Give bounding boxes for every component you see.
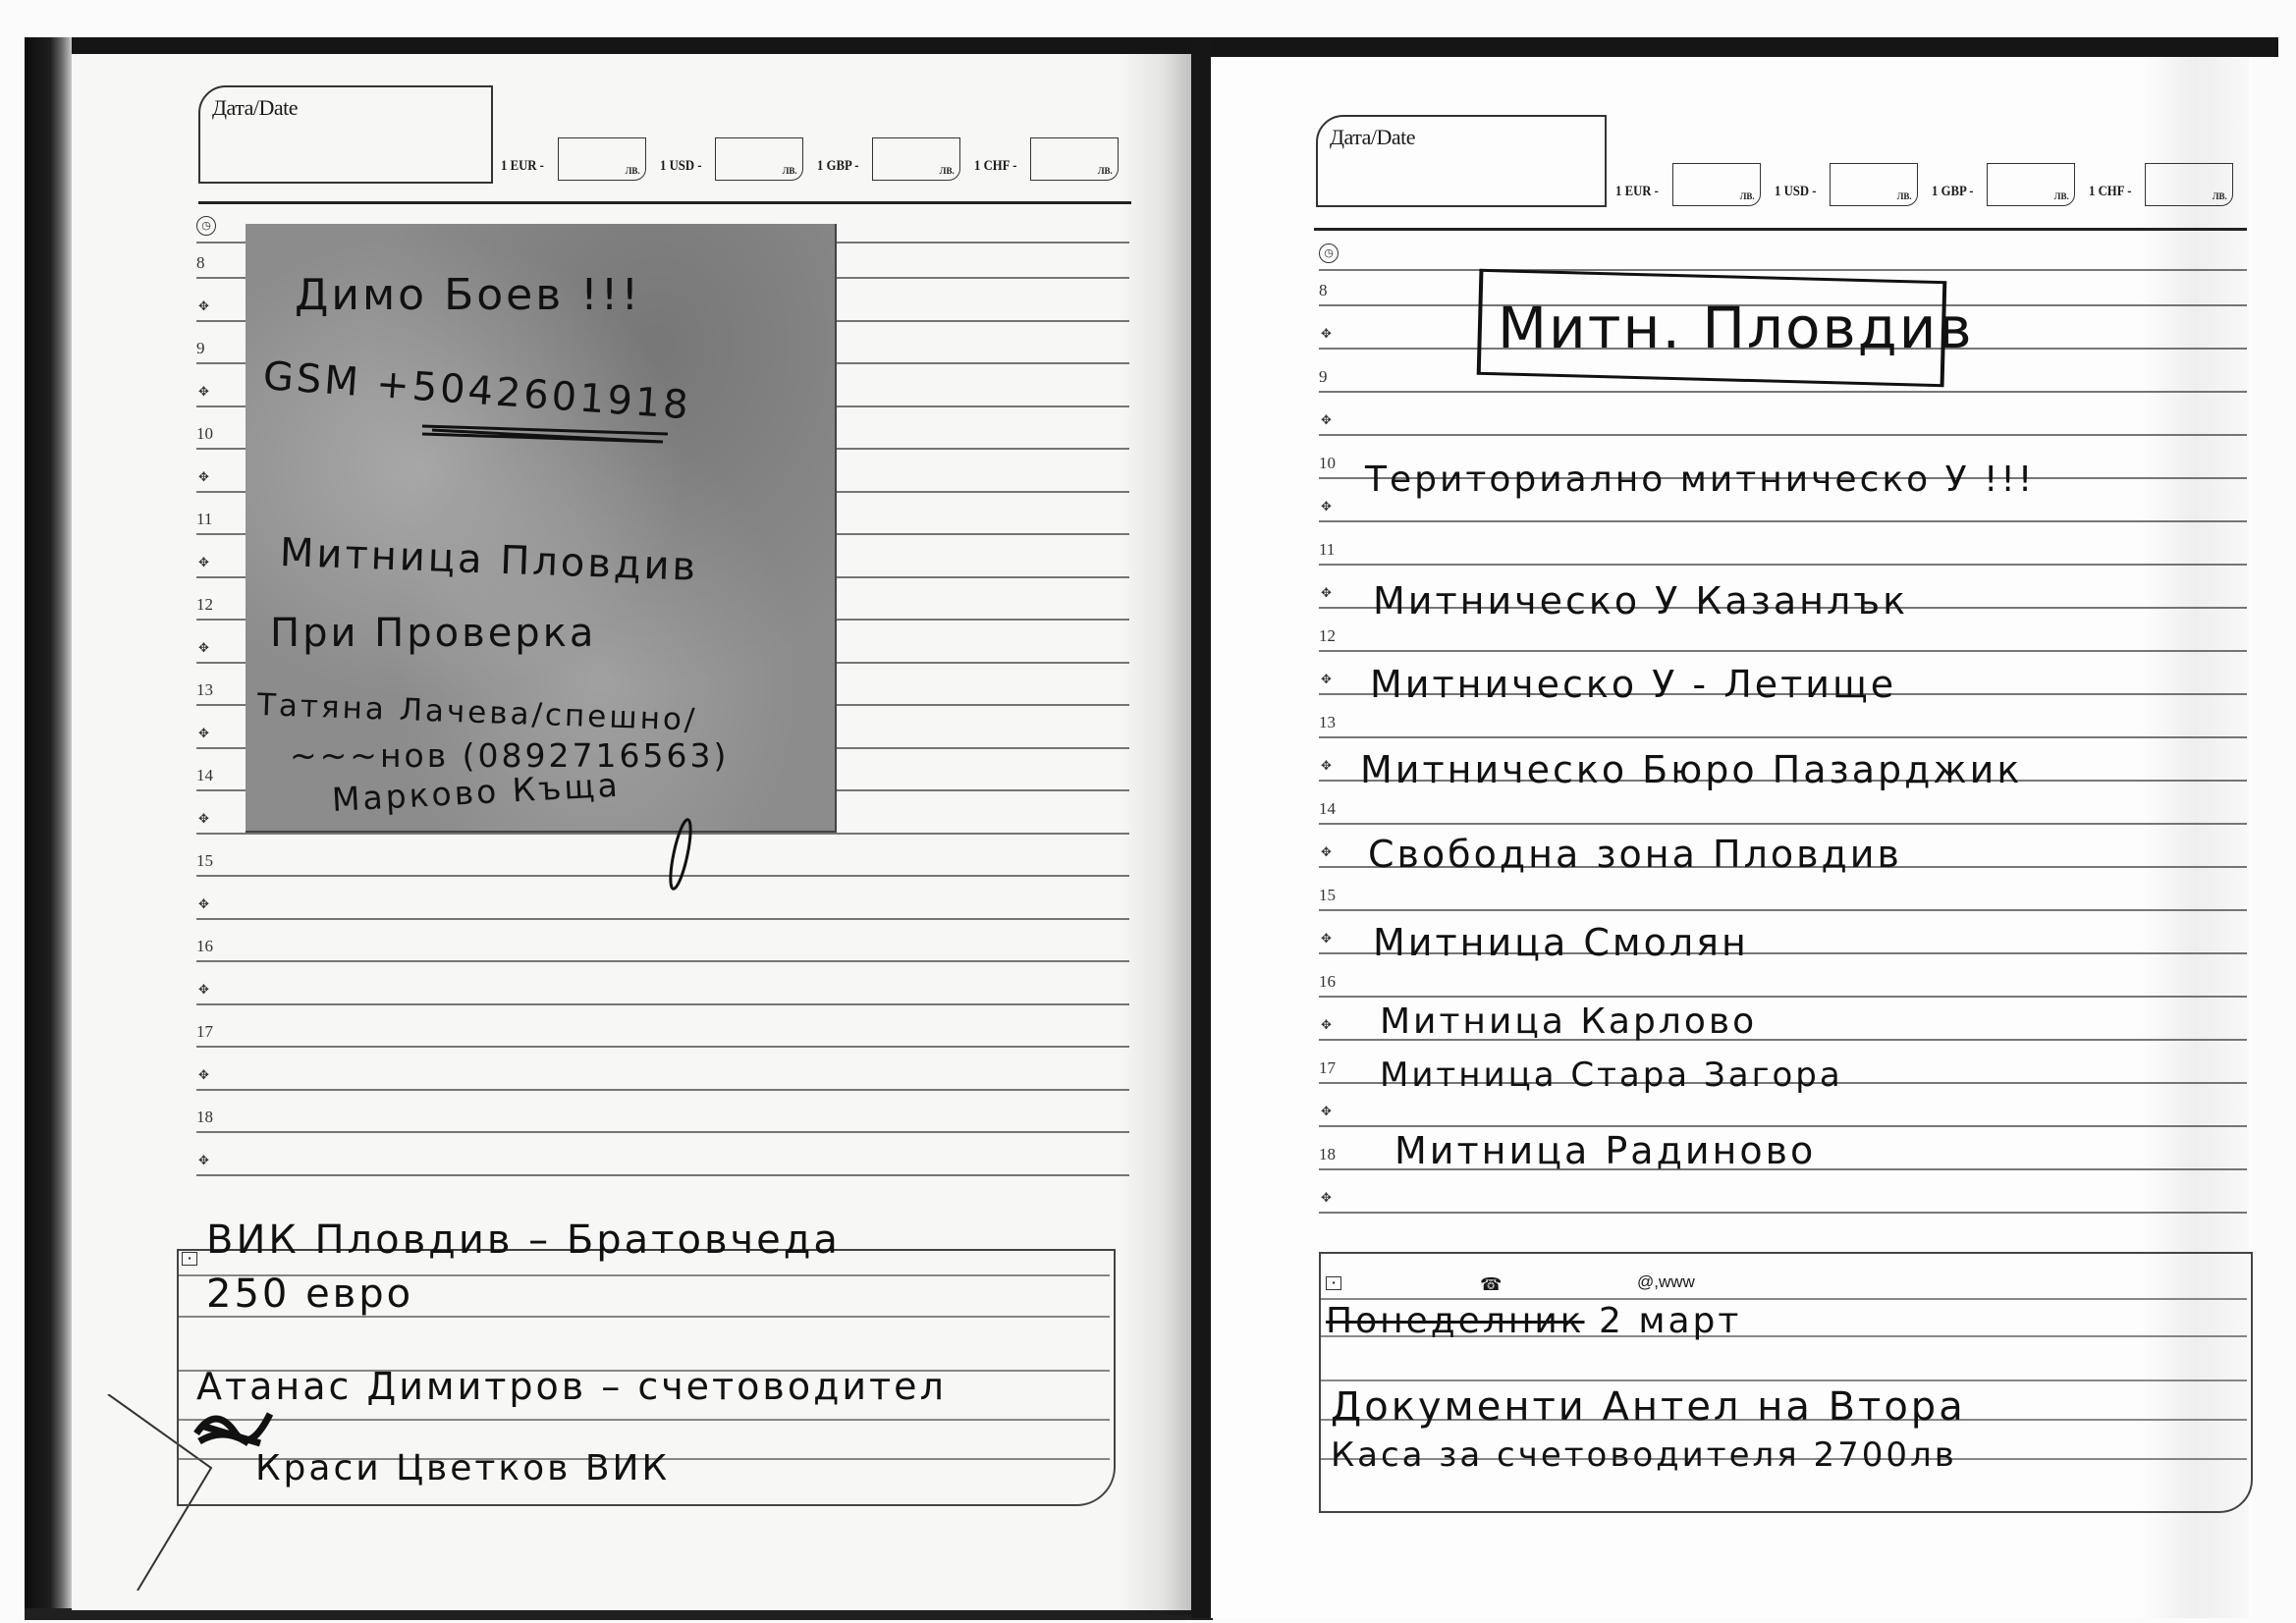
note-ruled-line — [1321, 1380, 2247, 1381]
note-icon: ▪ — [182, 1252, 197, 1266]
date-label: Дата/Date — [212, 95, 298, 121]
hour-label: 9 — [196, 339, 205, 358]
half-hour-line — [1319, 434, 2247, 436]
hour-line — [1319, 391, 2247, 393]
phone-icon: ☎ — [1480, 1274, 1502, 1295]
quarter-dot-icon: ✥ — [1321, 931, 1332, 947]
hour-line — [1319, 996, 2247, 998]
hour-label: 13 — [196, 680, 213, 700]
note-icon: ▪ — [1326, 1276, 1341, 1290]
page-title: Митн. Пловдив — [1498, 295, 1974, 361]
hour-label: 11 — [196, 510, 212, 529]
currency-rate-field[interactable]: ЛВ. — [1030, 137, 1119, 181]
hour-label: 14 — [1319, 799, 1336, 819]
hour-line — [1319, 564, 2247, 566]
hour-label: 16 — [196, 937, 213, 956]
note-ruled-line — [1321, 1298, 2247, 1300]
currency-label: 1 GBP - — [1932, 184, 1974, 200]
quarter-dot-icon: ✥ — [1321, 499, 1332, 514]
currency-rates-right: 1 EUR -ЛВ.1 USD -ЛВ.1 GBP -ЛВ.1 CHF -ЛВ. — [1615, 163, 2241, 206]
quarter-dot-icon: ✥ — [1321, 326, 1332, 342]
hour-label: 17 — [1319, 1058, 1336, 1078]
hour-line — [1319, 736, 2247, 738]
quarter-dot-icon: ✥ — [198, 298, 209, 314]
hour-label: 12 — [196, 595, 213, 615]
sticky-line: При Проверка — [270, 611, 596, 656]
quarter-dot-icon: ✥ — [198, 896, 209, 912]
quarter-dot-icon: ✥ — [198, 811, 209, 827]
double-underline-icon — [393, 422, 687, 452]
hour-line — [1319, 823, 2247, 825]
hour-line — [1319, 909, 2247, 911]
hour-line — [196, 1131, 1129, 1133]
half-hour-line — [196, 1003, 1129, 1005]
currency-label: 1 USD - — [1775, 184, 1817, 200]
half-hour-line — [1319, 1212, 2247, 1214]
currency-rates-left: 1 EUR -ЛВ.1 USD -ЛВ.1 GBP -ЛВ.1 CHF -ЛВ. — [501, 137, 1126, 181]
quarter-dot-icon: ✥ — [198, 384, 209, 400]
clock-icon: ◷ — [1319, 243, 1339, 263]
note-line: 250 евро — [206, 1271, 413, 1317]
quarter-dot-icon: ✥ — [1321, 585, 1332, 601]
hour-label: 15 — [1319, 886, 1336, 905]
hour-label: 18 — [196, 1108, 213, 1127]
quarter-dot-icon: ✥ — [1321, 1017, 1332, 1033]
note-line: Краси Цветков ВИК — [255, 1448, 670, 1488]
hour-line — [196, 960, 1129, 962]
currency-unit: ЛВ. — [2054, 191, 2069, 201]
hour-label: 18 — [1319, 1145, 1336, 1164]
currency-rate-field[interactable]: ЛВ. — [872, 137, 960, 181]
note-line: ВИК Пловдив – Братовчеда — [206, 1217, 841, 1263]
currency-rate-field[interactable]: ЛВ. — [2145, 163, 2233, 206]
hour-label: 10 — [196, 424, 213, 444]
entry-line: Митническо У - Летище — [1370, 663, 1896, 706]
currency-label: 1 EUR - — [501, 158, 544, 175]
note-ruled-line — [179, 1419, 1110, 1421]
date-label: Дата/Date — [1330, 125, 1415, 150]
quarter-dot-icon: ✥ — [198, 640, 209, 656]
currency-rate-field[interactable]: ЛВ. — [1987, 163, 2075, 206]
quarter-dot-icon: ✥ — [1321, 1104, 1332, 1119]
entry-line: Митническо Бюро Пазарджик — [1360, 748, 2022, 791]
hour-label: 16 — [1319, 972, 1336, 992]
quarter-dot-icon: ✥ — [1321, 412, 1332, 428]
hour-label: 8 — [1319, 281, 1328, 300]
quarter-dot-icon: ✥ — [198, 726, 209, 741]
hour-label: 9 — [1319, 367, 1328, 387]
currency-label: 1 CHF - — [974, 158, 1016, 175]
hour-line — [196, 1046, 1129, 1048]
hour-label: 14 — [196, 766, 213, 785]
quarter-dot-icon: ✥ — [198, 469, 209, 485]
half-hour-line — [1319, 520, 2247, 522]
hour-label: 10 — [1319, 454, 1336, 473]
entry-line: Митница Стара Загора — [1380, 1055, 1843, 1095]
currency-unit: ЛВ. — [1098, 166, 1113, 176]
hour-label: 12 — [1319, 626, 1336, 646]
currency-unit: ЛВ. — [626, 166, 640, 176]
half-hour-line — [196, 918, 1129, 920]
note-line: Атанас Димитров – счетоводител — [196, 1365, 947, 1408]
half-hour-line — [196, 1089, 1129, 1091]
quarter-dot-icon: ✥ — [198, 982, 209, 998]
currency-label: 1 USD - — [660, 158, 702, 175]
quarter-dot-icon: ✥ — [198, 555, 209, 570]
currency-label: 1 CHF - — [2089, 184, 2131, 200]
currency-label: 1 GBP - — [817, 158, 859, 175]
entry-line: Свободна зона Пловдив — [1368, 833, 1902, 876]
currency-unit: ЛВ. — [783, 166, 797, 176]
currency-rate-field[interactable]: ЛВ. — [1830, 163, 1918, 206]
pen-scribble-icon — [663, 815, 702, 893]
hour-label: 17 — [196, 1022, 213, 1042]
binder-spine — [1191, 37, 1211, 1618]
entry-line: Митническо У Казанлък — [1373, 579, 1908, 622]
sticky-line: ~~~нов (0892716563) — [290, 736, 729, 775]
entry-line: Териториално митническо У !!! — [1365, 460, 2035, 500]
struck-word: Понеделник — [1326, 1301, 1585, 1341]
quarter-dot-icon: ✥ — [1321, 672, 1332, 687]
half-hour-line — [1319, 1125, 2247, 1127]
currency-rate-field[interactable]: ЛВ. — [1672, 163, 1761, 206]
note-line: Каса за счетоводителя 2700лв — [1331, 1435, 1957, 1475]
hour-line — [1319, 650, 2247, 652]
note-line: Понеделник 2 март — [1326, 1301, 1741, 1341]
web-label: @,www — [1637, 1272, 1695, 1292]
quarter-dot-icon: ✥ — [198, 1067, 209, 1083]
note-line: Документи Антел на Втора — [1331, 1384, 1966, 1430]
quarter-dot-icon: ✥ — [198, 1153, 209, 1168]
hour-label: 8 — [196, 253, 205, 273]
currency-rate-field[interactable]: ЛВ. — [558, 137, 646, 181]
hour-label: 13 — [1319, 713, 1336, 732]
quarter-dot-icon: ✥ — [1321, 844, 1332, 860]
note-date: 2 март — [1599, 1301, 1741, 1341]
clock-icon: ◷ — [196, 216, 216, 236]
entry-line: Митница Радиново — [1394, 1129, 1816, 1172]
currency-unit: ЛВ. — [2213, 191, 2227, 201]
hour-label: 15 — [196, 851, 213, 871]
hour-line — [1319, 269, 2247, 271]
spine-shadow — [1120, 54, 1191, 1615]
currency-unit: ЛВ. — [1897, 191, 1912, 201]
quarter-dot-icon: ✥ — [1321, 1190, 1332, 1206]
currency-label: 1 EUR - — [1615, 184, 1659, 200]
currency-rate-field[interactable]: ЛВ. — [715, 137, 803, 181]
quarter-dot-icon: ✥ — [1321, 758, 1332, 774]
hour-label: 11 — [1319, 540, 1335, 560]
currency-unit: ЛВ. — [940, 166, 955, 176]
binder-frame-left — [25, 37, 72, 1618]
sticky-line: Димо Боев !!! — [295, 270, 641, 320]
entry-line: Митница Смолян — [1373, 921, 1749, 964]
entry-line: Митница Карлово — [1380, 1001, 1757, 1042]
header-rule-left — [198, 201, 1131, 204]
currency-unit: ЛВ. — [1740, 191, 1755, 201]
date-box-left[interactable]: Дата/Date — [198, 85, 493, 184]
header-rule-right — [1314, 228, 2247, 231]
date-box-right[interactable]: Дата/Date — [1316, 115, 1607, 207]
half-hour-line — [196, 1174, 1129, 1176]
